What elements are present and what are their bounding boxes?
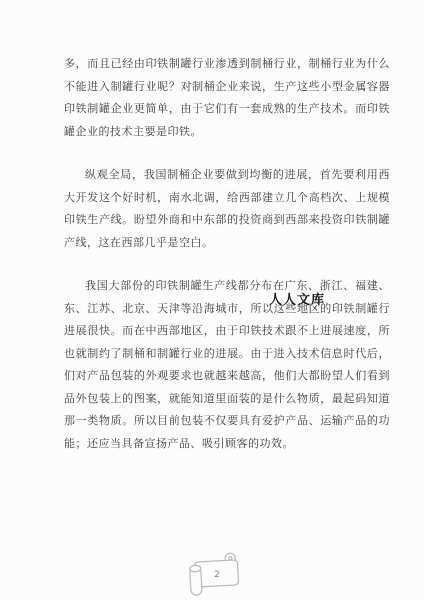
page-text: 多，而且已经由印铁制罐行业渗透到制桶行业，制桶行业为什么就 不能进入制罐行业呢？… (64, 53, 390, 476)
text-line: 印铁制罐企业更简单，由于它们有一套成熟的生产技术。而印铁制 (64, 98, 390, 121)
paragraph: 多，而且已经由印铁制罐行业渗透到制桶行业，制桶行业为什么就 不能进入制罐行业呢？… (64, 53, 390, 143)
text-line: 能；还应当具备宣扬产品、吸引顾客的功效。 (64, 433, 390, 456)
text-line: 东、江苏、北京、天津等沿海城市，所以这些地区的印铁制罐行业 (64, 298, 390, 321)
text-line: 品外包装上的图案，就能知道里面装的是什么物质，最起码知道是 (64, 388, 390, 411)
text-line: 我国大部份的印铁制罐生产线都分布在广东、浙江、福建、山 (64, 275, 390, 298)
page-number-scroll-icon: 2 (186, 548, 246, 598)
text-line: 多，而且已经由印铁制罐行业渗透到制桶行业，制桶行业为什么就 (64, 53, 390, 76)
text-line: 罐企业的技术主要是印铁。 (64, 121, 390, 144)
page-number: 2 (214, 570, 220, 580)
text-line: 也就制约了制桶和制罐行业的进展。由于进入技术信息时代后，人 (64, 343, 390, 366)
text-line: 产线，这在西部几乎是空白。 (64, 232, 390, 255)
paragraph: 我国大部份的印铁制罐生产线都分布在广东、浙江、福建、山 东、江苏、北京、天津等沿… (64, 275, 390, 455)
document-page: 多，而且已经由印铁制罐行业渗透到制桶行业，制桶行业为什么就 不能进入制罐行业呢？… (0, 0, 424, 600)
text-line: 印铁生产线。盼望外商和中东部的投资商到西部来投资印铁制罐生 (64, 209, 390, 232)
text-line: 那一类物质。所以目前包装不仅要具有爱护产品、运输产品的功 (64, 410, 390, 433)
text-line: 们对产品包装的外观要求也就越来越高，他们大都盼望人们看到产 (64, 365, 390, 388)
text-line: 大开发这个好时机，南水北调，给西部建立几个高档次、上规模的 (64, 187, 390, 210)
text-line: 不能进入制罐行业呢？对制桶企业来说，生产这些小型金属容器比 (64, 76, 390, 99)
paragraph: 纵观全局，我国制桶企业要做到均衡的进展，首先要利用西部 大开发这个好时机，南水北… (64, 164, 390, 254)
watermark: 人人文库 (269, 289, 325, 308)
scroll-roll-top (190, 565, 201, 572)
text-line: 进展很快。而在中西部地区，由于印铁技术跟不上进展速度，所以 (64, 320, 390, 343)
text-line: 纵观全局，我国制桶企业要做到均衡的进展，首先要利用西部 (64, 164, 390, 187)
